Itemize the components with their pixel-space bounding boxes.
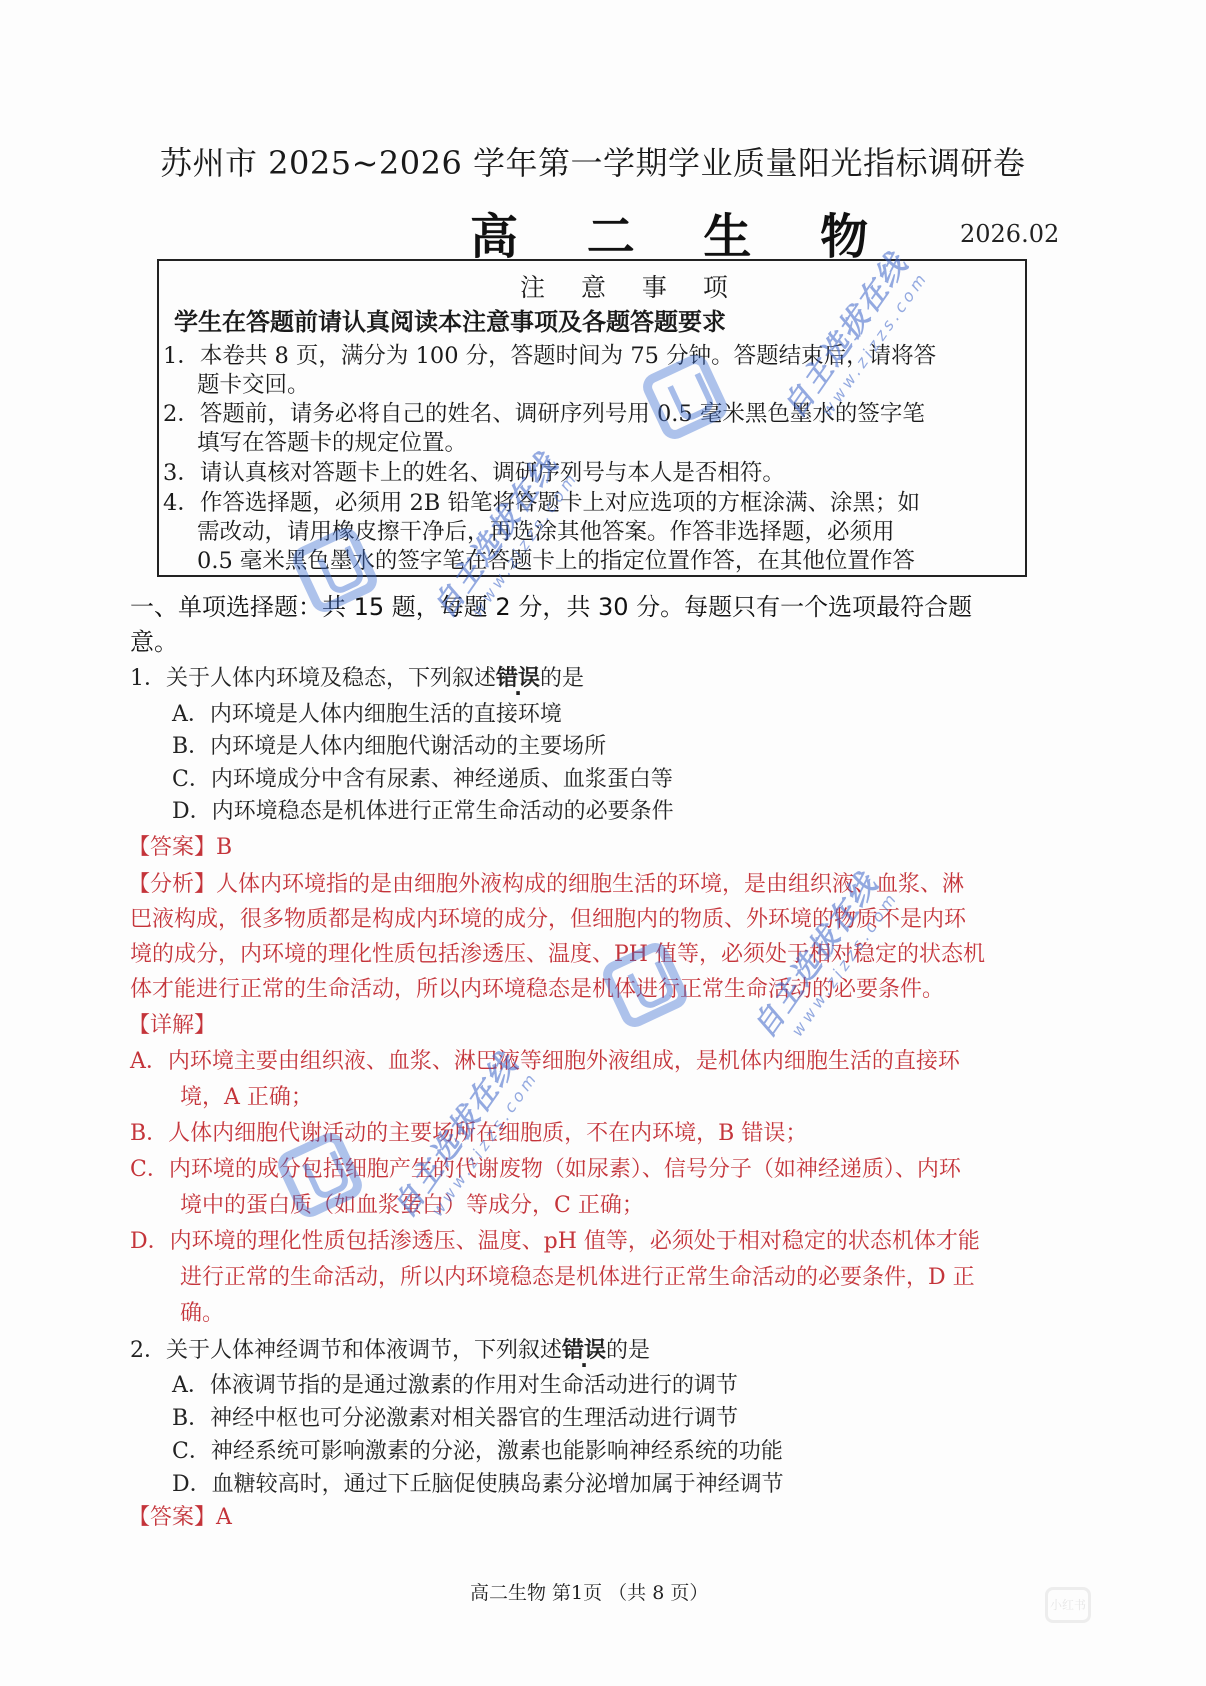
question-number: 1． [130, 666, 166, 691]
answer-label: 【答案】 [128, 835, 216, 860]
question-number: 2． [130, 1338, 166, 1363]
notice-line: 填写在答题卡的规定位置。 [197, 425, 467, 457]
detail-label: 【详解】 [128, 1008, 216, 1039]
option-b: B．内环境是人体内细胞代谢活动的主要场所 [172, 729, 606, 760]
notice-line: 题卡交回。 [197, 367, 310, 399]
detail-line: D．内环境的理化性质包括渗透压、温度、pH 值等，必须处于相对稳定的状态机体才能 [130, 1224, 980, 1255]
notice-title: 注 意 事 项 [520, 268, 742, 304]
detail-line: 境，A 正确； [180, 1080, 313, 1111]
option-d: D．血糖较高时，通过下丘脑促使胰岛素分泌增加属于神经调节 [172, 1467, 784, 1498]
analysis-label: 【分析】 [128, 872, 216, 897]
option-b: B．神经中枢也可分泌激素对相关器官的生理活动进行调节 [172, 1401, 738, 1432]
exam-date: 2026.02 [960, 220, 1059, 248]
option-a: A．体液调节指的是通过激素的作用对生命活动进行的调节 [172, 1368, 738, 1399]
detail-line: 进行正常的生命活动，所以内环境稳态是机体进行正常生命活动的必要条件，D 正 [180, 1260, 975, 1291]
detail-line: 确。 [180, 1296, 224, 1327]
answer-line: 【答案】A [128, 1500, 232, 1531]
question-2-stem: 2．关于人体神经调节和体液调节，下列叙述错误的是 [130, 1333, 650, 1364]
exam-page: 苏州市 2025~2026 学年第一学期学业质量阳光指标调研卷 高 二 生 物 … [0, 0, 1206, 1686]
question-1-stem: 1．关于人体内环境及稳态，下列叙述错误的是 [130, 661, 584, 692]
subject-title: 高 二 生 物 [470, 198, 894, 267]
answer-value: B [216, 835, 232, 860]
notice-line: 3．请认真核对答题卡上的姓名、调研序列号与本人是否相符。 [163, 455, 785, 487]
page-footer: 高二生物 第1页 （共 8 页） [470, 1578, 708, 1605]
option-d: D．内环境稳态是机体进行正常生命活动的必要条件 [172, 794, 674, 825]
option-a: A．内环境是人体内细胞生活的直接环境 [172, 697, 562, 728]
notice-heading: 学生在答题前请认真阅读本注意事项及各题答题要求 [174, 302, 726, 337]
detail-line: C．内环境的成分包括细胞产生的代谢废物（如尿素）、信号分子（如神经递质）、内环 [130, 1152, 961, 1183]
exam-title: 苏州市 2025~2026 学年第一学期学业质量阳光指标调研卷 [160, 138, 1026, 184]
option-c: C．内环境成分中含有尿素、神经递质、血浆蛋白等 [172, 762, 673, 793]
section-heading: 一、单项选择题：共 15 题，每题 2 分，共 30 分。每题只有一个选项最符合… [130, 587, 972, 622]
section-heading-cont: 意。 [130, 622, 178, 657]
option-c: C．神经系统可影响激素的分泌，激素也能影响神经系统的功能 [172, 1434, 783, 1465]
emphasis-wrong: 错误 [562, 1338, 606, 1363]
answer-label: 【答案】 [128, 1505, 216, 1530]
corner-badge-icon: 小红书 [1045, 1587, 1091, 1623]
answer-value: A [216, 1505, 232, 1530]
detail-line: A．内环境主要由组织液、血浆、淋巴液等细胞外液组成，是机体内细胞生活的直接环 [130, 1044, 960, 1075]
emphasis-wrong: 错误 [496, 666, 540, 691]
answer-line: 【答案】B [128, 830, 232, 861]
